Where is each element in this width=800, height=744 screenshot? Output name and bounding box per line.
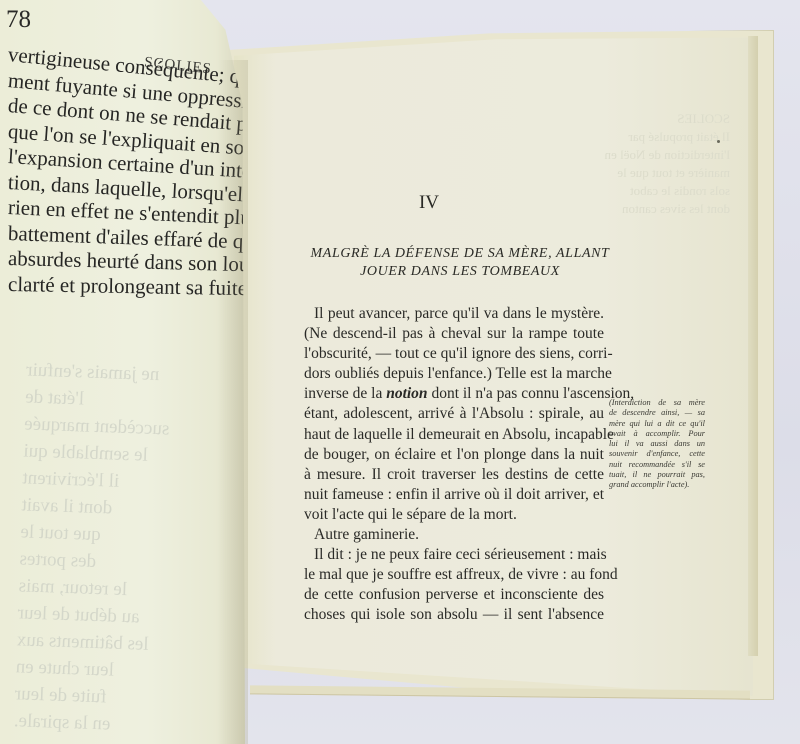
body-line: nuit fameuse : enfin il arrive où il doi…: [304, 485, 604, 505]
margin-note-line: nuit recommandée s'il se: [609, 460, 705, 470]
body-line: inverse de la notion dont il n'a pas con…: [304, 384, 604, 404]
chapter-title-line: JOUER DANS LES TOMBEAUX: [300, 263, 620, 281]
margin-note-line: tuait, il ne pourrait pas,: [609, 470, 705, 480]
margin-note-line: grand accomplir l'acte).: [609, 480, 705, 490]
body-line: Autre gaminerie.: [304, 525, 604, 545]
body-line: (Ne descend-il pas à cheval sur la rampe…: [304, 324, 604, 344]
margin-note-line: (Interdiction de sa mère: [609, 398, 705, 408]
body-line: le mal que je souffre est affreux, de vi…: [304, 565, 604, 585]
body-line: l'obscurité, — tout ce qu'il ignore des …: [304, 344, 604, 364]
margin-note-line: souvenir d'enfance, cette: [609, 449, 705, 459]
body-line: haut de laquelle il demeurait en Absolu,…: [304, 425, 604, 445]
paper-speck: [717, 140, 720, 143]
left-page-bleed-through: ne jamais s'enfuir l'état de succèdent m…: [13, 356, 236, 741]
emphasized-word: notion: [386, 385, 427, 402]
margin-note-line: de descendre ainsi, — sa: [609, 408, 705, 418]
body-line: dors oubliés depuis l'enfance.) Telle es…: [304, 364, 604, 384]
chapter-title-line: MALGRÈ LA DÉFENSE DE SA MÈRE, ALLANT: [300, 245, 620, 263]
left-line: clarté et prolongeant sa fuite indéfinie…: [8, 272, 248, 302]
margin-note-line: avait à accomplir. Pour: [609, 429, 705, 439]
body-line: Il dit : je ne peux faire ceci sérieusem…: [304, 545, 604, 565]
ghost-line: sols rondis le cabot: [560, 182, 730, 200]
chapter-title: MALGRÈ LA DÉFENSE DE SA MÈRE, ALLANT JOU…: [300, 245, 620, 281]
page-number: 78: [6, 6, 31, 34]
left-page-curl-shadow: [218, 60, 248, 744]
ghost-line: manière et tout que le: [560, 164, 730, 182]
ghost-line: Il était propulsé par: [560, 128, 730, 146]
body-line: à mesure. Il croit traverser les destins…: [304, 465, 604, 485]
body-line: voit l'acte qui le sépare de la mort.: [304, 505, 604, 525]
body-line: de cette confusion perverse et inconscie…: [304, 585, 604, 605]
body-line: de bouger, on éclaire et l'on plonge dan…: [304, 445, 604, 465]
chapter-number: IV: [389, 192, 469, 214]
ghost-line: l'interdiction de Noël en: [560, 146, 730, 164]
body-line: étant, adolescent, arrivé à l'Absolu : s…: [304, 404, 604, 424]
margin-note: (Interdiction de sa mère de descendre ai…: [609, 398, 705, 491]
ghost-line: SCOLIES: [560, 110, 730, 128]
chapter-body-text: Il peut avancer, parce qu'il va dans le …: [304, 304, 604, 626]
margin-note-line: mère qui lui a dit ce qu'il: [609, 419, 705, 429]
left-page-text: vertigineuse conséquente; qui devait êtr…: [8, 42, 248, 297]
body-line: choses qui isole son absolu — il sent l'…: [304, 605, 604, 625]
body-line: Il peut avancer, parce qu'il va dans le …: [304, 304, 604, 324]
body-text-fragment: dont il n'a pas connu l'ascension,: [428, 385, 635, 402]
right-page-bleed-through: SCOLIES Il était propulsé par l'interdic…: [560, 110, 730, 218]
ghost-line: dont les sives canton: [560, 200, 730, 218]
body-text-fragment: inverse de la: [304, 385, 386, 402]
right-page-edge: [748, 36, 758, 656]
left-page: 78 SCOLIES vertigineuse conséquente; qui…: [0, 0, 245, 744]
margin-note-line: lui il va aussi dans un: [609, 439, 705, 449]
